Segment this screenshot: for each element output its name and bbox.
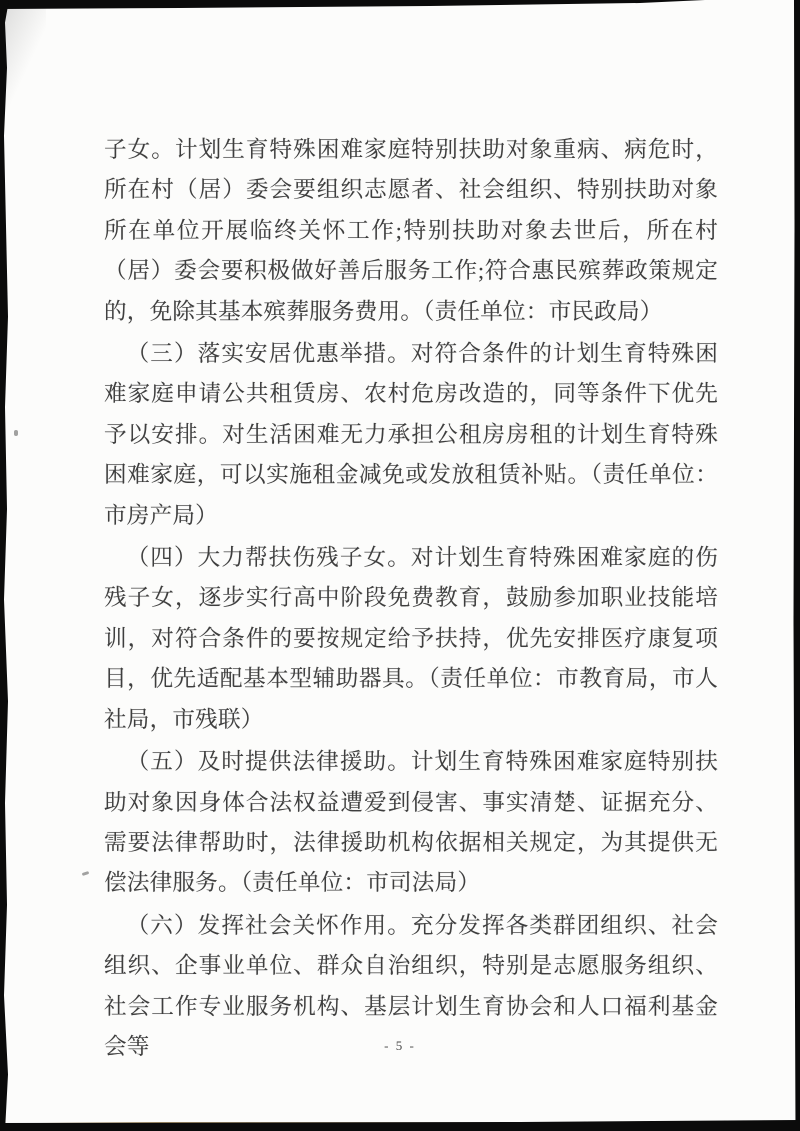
scanned-page: 子女。计划生育特殊困难家庭特别扶助对象重病、病危时，所在村（居）委会要组织志愿者… (0, 0, 800, 1131)
paragraph-item-3: （三）落实安居优惠举措。对符合条件的计划生育特殊困难家庭申请公共租赁房、农村危房… (104, 334, 718, 536)
paragraph-continuation: 子女。计划生育特殊困难家庭特别扶助对象重病、病危时，所在村（居）委会要组织志愿者… (104, 130, 718, 332)
page-number: - 5 - (0, 1038, 800, 1054)
paragraph-item-5: （五）及时提供法律援助。计划生育特殊困难家庭特别扶助对象因身体合法权益遭爱到侵害… (104, 742, 718, 904)
scan-speck (82, 871, 90, 876)
scan-edge-left (0, 0, 12, 1131)
scan-edge-right (792, 0, 800, 1131)
document-body: 子女。计划生育特殊困难家庭特别扶助对象重病、病危时，所在村（居）委会要组织志愿者… (104, 130, 718, 1069)
scan-speck (14, 430, 18, 436)
paragraph-item-4: （四）大力帮扶伤残子女。对计划生育特殊困难家庭的伤残子女，逐步实行高中阶段免费教… (104, 538, 718, 740)
scan-edge-top (0, 0, 800, 10)
